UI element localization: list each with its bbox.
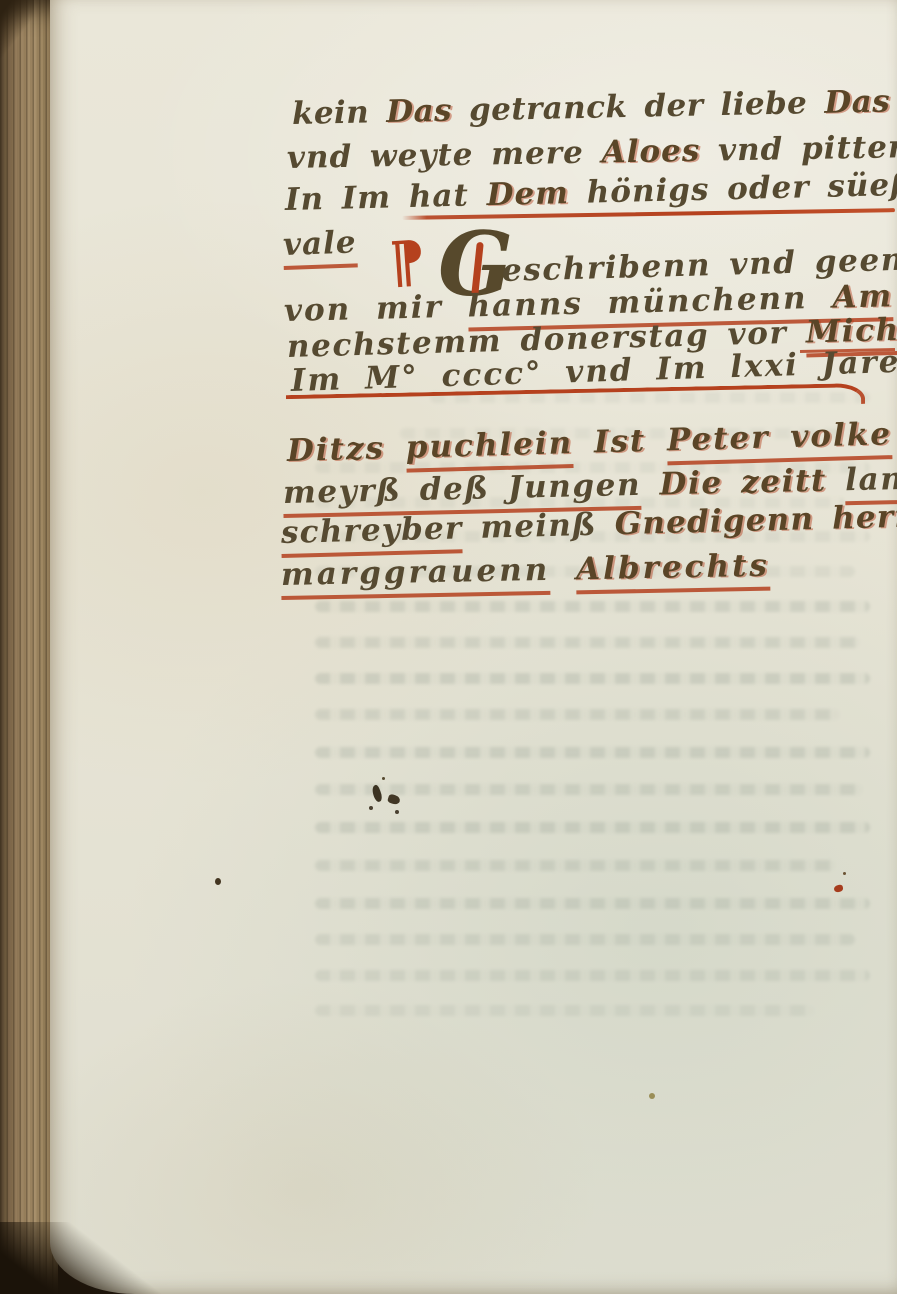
handwritten-text: Das xyxy=(386,93,452,130)
rubricated-text: Peter volke xyxy=(666,416,892,465)
rubricated-text: Albrechts xyxy=(576,548,771,595)
red-wax-spot xyxy=(833,884,843,892)
ink-speck xyxy=(382,777,385,780)
stain-spot xyxy=(649,1093,655,1099)
show-through-line xyxy=(315,934,855,945)
show-through-line xyxy=(315,747,870,758)
show-through-line xyxy=(315,1005,815,1016)
show-through-line xyxy=(315,673,870,684)
show-through-line xyxy=(315,637,860,648)
ink-speck xyxy=(369,806,373,810)
handwritten-text: vnd pitterkeit xyxy=(700,128,897,169)
handwritten-text: getranck der liebe xyxy=(452,85,825,129)
brown-spot xyxy=(215,878,221,885)
small-speck xyxy=(843,872,846,875)
handwritten-text: Aloes xyxy=(601,133,700,171)
rubricated-text: schreyber xyxy=(281,510,464,558)
page-content: ¶ G kein Das getranck der liebe Das ferr… xyxy=(0,0,897,1294)
handwritten-text: ferr xyxy=(890,82,897,120)
rubricated-text: puchlein xyxy=(405,425,574,473)
rubricated-text: marggrauenn xyxy=(281,552,551,600)
ink-speck xyxy=(395,810,399,814)
handwritten-text: Das xyxy=(824,83,890,120)
pilcrow-mark-icon: ¶ xyxy=(388,233,427,291)
handwritten-text xyxy=(550,551,576,587)
manuscript-line: marggrauenn Albrechts xyxy=(281,549,770,594)
handwritten-text: Ist xyxy=(573,422,668,461)
show-through-line xyxy=(315,860,835,871)
handwritten-text: Die zeitt xyxy=(641,462,846,503)
show-through-line xyxy=(315,601,870,612)
ink-blot xyxy=(387,793,401,805)
handwritten-text: von mir xyxy=(284,289,469,329)
handwritten-text: kein xyxy=(292,94,387,132)
handwritten-text: Dem xyxy=(486,175,569,213)
manuscript-photo: ¶ G kein Das getranck der liebe Das ferr… xyxy=(0,0,897,1294)
handwritten-text: hönigs oder süeße xyxy=(569,166,897,211)
handwritten-text: In Im hat xyxy=(285,177,487,218)
manuscript-line: kein Das getranck der liebe Das ferr xyxy=(292,83,897,133)
handwritten-text: meinß xyxy=(462,506,615,546)
show-through-line xyxy=(315,784,863,795)
show-through-line xyxy=(315,970,870,981)
show-through-line xyxy=(315,898,870,909)
rubricated-text: vale xyxy=(282,224,357,270)
manuscript-line: vale xyxy=(282,225,357,263)
handwritten-text: vnd weyte mere xyxy=(287,135,602,176)
show-through-line xyxy=(315,822,870,833)
handwritten-text: Ditzs xyxy=(286,430,406,469)
show-through-line xyxy=(315,709,840,720)
